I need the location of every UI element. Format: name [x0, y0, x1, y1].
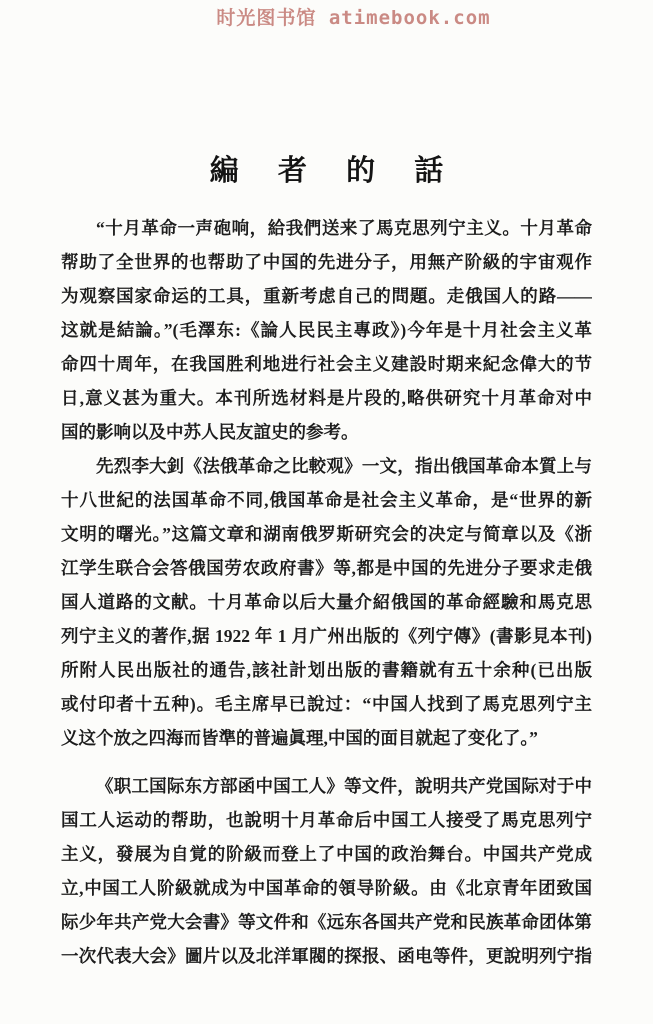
text-line: 为观察国家命运的工具，重新考虑自己的問題。走俄国人的路——	[61, 279, 592, 313]
text-line: 这就是結論。”(毛澤东:《論人民民主專政》)今年是十月社会主义革	[61, 313, 592, 347]
text-line: 一次代表大会》圖片以及北洋軍閥的探报、函电等件，更說明列宁指	[61, 939, 592, 973]
text-line: 江学生联合会答俄国劳农政府書》等,都是中国的先进分子要求走俄	[61, 551, 592, 585]
text-line: 义这个放之四海而皆準的普遍眞理,中国的面目就起了变化了。”	[61, 721, 592, 755]
watermark-text: 时光图书馆 atimebook.com	[216, 3, 490, 30]
text-line: 国人道路的文献。十月革命以后大量介紹俄国的革命經驗和馬克思	[61, 585, 592, 619]
text-line: 国工人运动的帮助，也說明十月革命后中国工人接受了馬克思列宁	[61, 803, 592, 837]
text-line: 先烈李大釗《法俄革命之比較观》一文，指出俄国革命本質上与	[61, 449, 592, 483]
text-line: 日,意义甚为重大。本刊所选材料是片段的,略供研究十月革命对中	[61, 381, 592, 415]
paragraph-2: 先烈李大釗《法俄革命之比較观》一文，指出俄国革命本質上与 十八世紀的法国革命不同…	[61, 449, 592, 755]
text-line: 或付印者十五种)。毛主席早已說过：“中国人找到了馬克思列宁主	[61, 687, 592, 721]
text-line: 主义，發展为自覚的阶級而登上了中国的政治舞台。中国共产党成	[61, 837, 592, 871]
text-line: 十八世紀的法国革命不同,俄国革命是社会主义革命，是“世界的新	[61, 483, 592, 517]
text-line: 帮助了全世界的也帮助了中国的先进分子，用無产阶級的宇宙观作	[61, 245, 592, 279]
text-line: 所附人民出版社的通告,該社計划出版的書籍就有五十余种(已出版	[61, 653, 592, 687]
text-line: 列宁主义的著作,据 1922 年 1 月广州出版的《列宁傳》(書影見本刊)	[61, 619, 592, 653]
body-text: “十月革命一声砲响，給我們送来了馬克思列宁主义。十月革命 帮助了全世界的也帮助了…	[61, 211, 592, 973]
text-line: 立,中国工人阶級就成为中国革命的領导阶級。由《北京青年团致国	[61, 871, 592, 905]
text-line: “十月革命一声砲响，給我們送来了馬克思列宁主义。十月革命	[61, 211, 592, 245]
text-line: 文明的曙光。”这篇文章和湖南俄罗斯研究会的决定与简章以及《浙	[61, 517, 592, 551]
scanned-book-page: 时光图书馆 atimebook.com 編 者 的 話 “十月革命一声砲响，給我…	[0, 0, 653, 1024]
text-line: 命四十周年，在我国胜利地进行社会主义建設时期来紀念偉大的节	[61, 347, 592, 381]
paragraph-3: 《职工国际东方部函中国工人》等文件，說明共产党国际对于中 国工人运动的帮助，也說…	[61, 769, 592, 973]
page-title: 編 者 的 話	[0, 148, 653, 189]
text-line: 国的影响以及中苏人民友誼史的参考。	[61, 415, 592, 449]
paragraph-1: “十月革命一声砲响，給我們送来了馬克思列宁主义。十月革命 帮助了全世界的也帮助了…	[61, 211, 592, 449]
text-line: 际少年共产党大会書》等文件和《远东各国共产党和民族革命团体第	[61, 905, 592, 939]
text-line: 《职工国际东方部函中国工人》等文件，說明共产党国际对于中	[61, 769, 592, 803]
